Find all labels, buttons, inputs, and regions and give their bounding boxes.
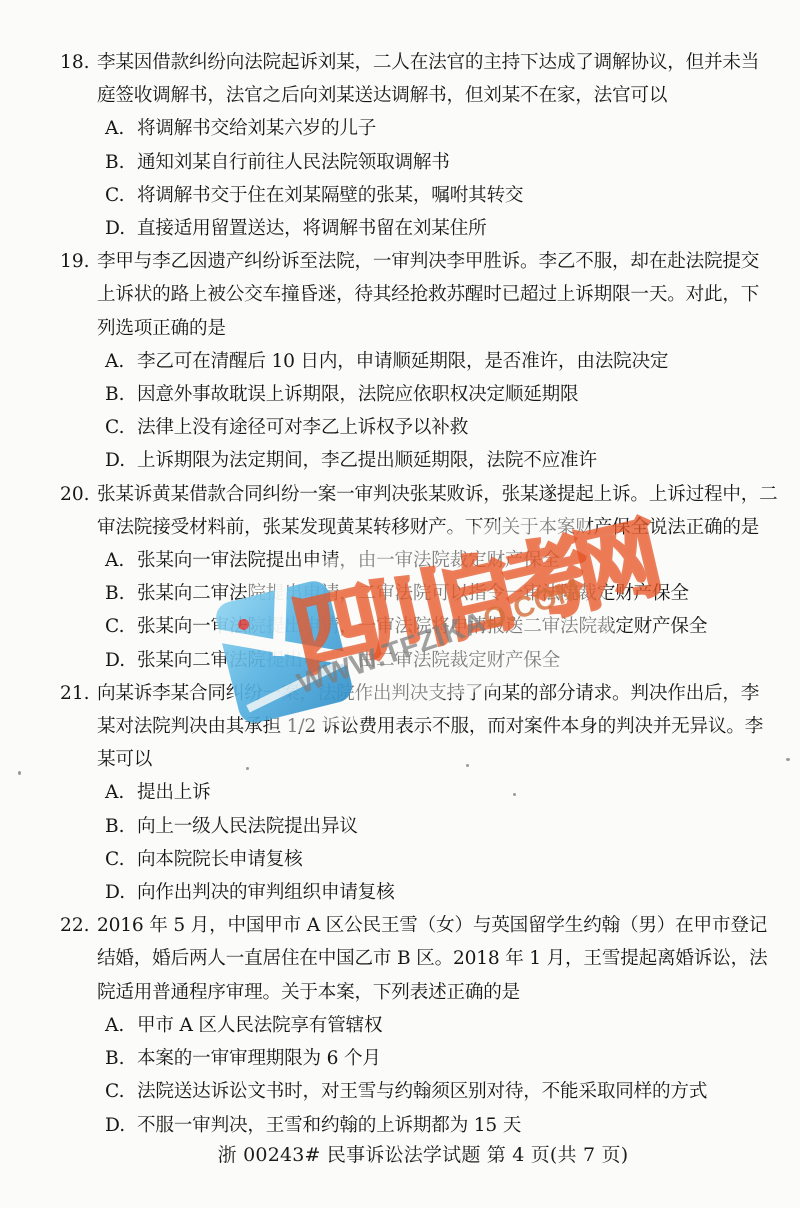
option-letter: A.	[105, 1009, 137, 1042]
option-letter: D.	[105, 1109, 137, 1142]
option-letter: B.	[105, 378, 137, 411]
option-text: 不服一审判决，王雪和约翰的上诉期都为 15 天	[137, 1115, 521, 1136]
option-text: 张某向一审法院提出申请，一审法院将申请报送二审法院裁定财产保全	[137, 616, 707, 637]
question-list: 18.李某因借款纠纷向法院起诉刘某，二人在法官的主持下达成了调解协议，但并未当 …	[0, 46, 800, 1142]
option-letter: C.	[105, 411, 137, 444]
stem-line: 某对法院判决由其承担 1/2 诉讼费用表示不服，而对案件本身的判决并无异议。李	[0, 710, 800, 743]
option-row: B.本案的一审审理期限为 6 个月	[0, 1042, 800, 1075]
option-row: B.张某向二审法院提出申请，二审法院可以指令一审法院裁定财产保全	[0, 577, 800, 610]
option-row: A.提出上诉	[0, 776, 800, 809]
question-block: 22.2016 年 5 月，中国甲市 A 区公民王雪（女）与英国留学生约翰（男）…	[0, 909, 800, 1141]
option-text: 本案的一审审理期限为 6 个月	[137, 1048, 381, 1069]
option-text: 甲市 A 区人民法院享有管辖权	[137, 1015, 382, 1036]
stem-line: 庭签收调解书，法官之后向刘某送达调解书，但刘某不在家，法官可以	[0, 79, 800, 112]
option-text: 李乙可在清醒后 10 日内，申请顺延期限，是否准许，由法院决定	[137, 351, 668, 372]
question-block: 19.李甲与李乙因遗产纠纷诉至法院，一审判决李甲胜诉。李乙不服，却在赴法院提交 …	[0, 245, 800, 477]
stem-line: 院适用普通程序审理。关于本案，下列表述正确的是	[0, 976, 800, 1009]
option-row: C.法律上没有途径可对李乙上诉权予以补救	[0, 411, 800, 444]
question-number: 18.	[60, 46, 97, 79]
option-letter: A.	[105, 345, 137, 378]
option-row: C.向本院院长申请复核	[0, 843, 800, 876]
option-row: C.法院送达诉讼文书时，对王雪与约翰须区别对待，不能采取同样的方式	[0, 1075, 800, 1108]
option-text: 将调解书交给刘某六岁的儿子	[137, 118, 376, 139]
question-block: 21.向某诉李某合同纠纷一案，法院作出判决支持了向某的部分请求。判决作出后，李 …	[0, 677, 800, 909]
option-text: 提出上诉	[137, 782, 211, 803]
stem-line: 结婚，婚后两人一直居住在中国乙市 B 区。2018 年 1 月，王雪提起离婚诉讼…	[0, 942, 800, 975]
option-text: 张某向一审法院提出申请，由一审法院裁定财产保全	[137, 550, 560, 571]
stem-line: 某可以	[0, 743, 800, 776]
question-block: 18.李某因借款纠纷向法院起诉刘某，二人在法官的主持下达成了调解协议，但并未当 …	[0, 46, 800, 245]
option-row: D.张某向二审法院提出申请，由二审法院裁定财产保全	[0, 644, 800, 677]
option-letter: D.	[105, 444, 137, 477]
option-text: 向作出判决的审判组织申请复核	[137, 882, 395, 903]
option-row: B.通知刘某自行前往人民法院领取调解书	[0, 146, 800, 179]
option-row: D.不服一审判决，王雪和约翰的上诉期都为 15 天	[0, 1109, 800, 1142]
stem-line: 20.张某诉黄某借款合同纠纷一案一审判决张某败诉，张某遂提起上诉。上诉过程中，二	[0, 478, 800, 511]
option-text: 法院送达诉讼文书时，对王雪与约翰须区别对待，不能采取同样的方式	[137, 1081, 707, 1102]
stem-text: 张某诉黄某借款合同纠纷一案一审判决张某败诉，张某遂提起上诉。上诉过程中，二	[97, 484, 778, 505]
option-letter: D.	[105, 212, 137, 245]
option-row: C.张某向一审法院提出申请，一审法院将申请报送二审法院裁定财产保全	[0, 610, 800, 643]
option-letter: D.	[105, 876, 137, 909]
scan-speck	[18, 771, 21, 775]
option-text: 张某向二审法院提出申请，由二审法院裁定财产保全	[137, 650, 560, 671]
option-letter: B.	[105, 810, 137, 843]
option-text: 因意外事故耽误上诉期限，法院应依职权决定顺延期限	[137, 384, 578, 405]
option-letter: A.	[105, 776, 137, 809]
option-row: D.直接适用留置送达，将调解书留在刘某住所	[0, 212, 800, 245]
option-letter: A.	[105, 544, 137, 577]
option-letter: C.	[105, 1075, 137, 1108]
option-row: A.李乙可在清醒后 10 日内，申请顺延期限，是否准许，由法院决定	[0, 345, 800, 378]
stem-line: 上诉状的路上被公交车撞昏迷，待其经抢救苏醒时已超过上诉期限一天。对此，下	[0, 278, 800, 311]
question-number: 22.	[60, 909, 97, 942]
option-text: 上诉期限为法定期间，李乙提出顺延期限，法院不应准许	[137, 450, 597, 471]
option-row: B.因意外事故耽误上诉期限，法院应依职权决定顺延期限	[0, 378, 800, 411]
stem-line: 列选项正确的是	[0, 312, 800, 345]
option-letter: C.	[105, 179, 137, 212]
option-text: 张某向二审法院提出申请，二审法院可以指令一审法院裁定财产保全	[137, 583, 689, 604]
stem-text: 李某因借款纠纷向法院起诉刘某，二人在法官的主持下达成了调解协议，但并未当	[97, 52, 759, 73]
question-number: 19.	[60, 245, 97, 278]
option-letter: B.	[105, 577, 137, 610]
option-row: D.向作出判决的审判组织申请复核	[0, 876, 800, 909]
question-block: 20.张某诉黄某借款合同纠纷一案一审判决张某败诉，张某遂提起上诉。上诉过程中，二…	[0, 478, 800, 677]
option-text: 向上一级人民法院提出异议	[137, 816, 358, 837]
scan-speck	[466, 764, 469, 767]
stem-line: 21.向某诉李某合同纠纷一案，法院作出判决支持了向某的部分请求。判决作出后，李	[0, 677, 800, 710]
scan-speck	[786, 758, 790, 761]
option-row: C.将调解书交于住在刘某隔壁的张某，嘱咐其转交	[0, 179, 800, 212]
stem-text: 向某诉李某合同纠纷一案，法院作出判决支持了向某的部分请求。判决作出后，李	[97, 683, 759, 704]
stem-line: 19.李甲与李乙因遗产纠纷诉至法院，一审判决李甲胜诉。李乙不服，却在赴法院提交	[0, 245, 800, 278]
scan-speck	[246, 767, 249, 770]
option-text: 将调解书交于住在刘某隔壁的张某，嘱咐其转交	[137, 185, 523, 206]
option-letter: C.	[105, 610, 137, 643]
stem-line: 审法院接受材料前，张某发现黄某转移财产。下列关于本案财产保全说法正确的是	[0, 511, 800, 544]
option-row: A.甲市 A 区人民法院享有管辖权	[0, 1009, 800, 1042]
stem-text: 李甲与李乙因遗产纠纷诉至法院，一审判决李甲胜诉。李乙不服，却在赴法院提交	[97, 251, 759, 272]
option-row: A.张某向一审法院提出申请，由一审法院裁定财产保全	[0, 544, 800, 577]
option-letter: B.	[105, 1042, 137, 1075]
option-letter: C.	[105, 843, 137, 876]
option-text: 通知刘某自行前往人民法院领取调解书	[137, 152, 450, 173]
page-footer: 浙 00243# 民事诉讼法学试题 第 4 页(共 7 页)	[0, 1140, 800, 1167]
option-text: 直接适用留置送达，将调解书留在刘某住所	[137, 218, 486, 239]
stem-line: 22.2016 年 5 月，中国甲市 A 区公民王雪（女）与英国留学生约翰（男）…	[0, 909, 800, 942]
option-letter: B.	[105, 146, 137, 179]
stem-text: 2016 年 5 月，中国甲市 A 区公民王雪（女）与英国留学生约翰（男）在甲市…	[97, 915, 767, 936]
exam-page: 18.李某因借款纠纷向法院起诉刘某，二人在法官的主持下达成了调解协议，但并未当 …	[0, 0, 800, 1208]
option-row: D.上诉期限为法定期间，李乙提出顺延期限，法院不应准许	[0, 444, 800, 477]
option-text: 向本院院长申请复核	[137, 849, 303, 870]
stem-line: 18.李某因借款纠纷向法院起诉刘某，二人在法官的主持下达成了调解协议，但并未当	[0, 46, 800, 79]
option-row: A.将调解书交给刘某六岁的儿子	[0, 112, 800, 145]
scan-speck	[513, 793, 516, 796]
option-letter: A.	[105, 112, 137, 145]
option-letter: D.	[105, 644, 137, 677]
question-number: 20.	[60, 478, 97, 511]
option-text: 法律上没有途径可对李乙上诉权予以补救	[137, 417, 468, 438]
question-number: 21.	[60, 677, 97, 710]
option-row: B.向上一级人民法院提出异议	[0, 810, 800, 843]
